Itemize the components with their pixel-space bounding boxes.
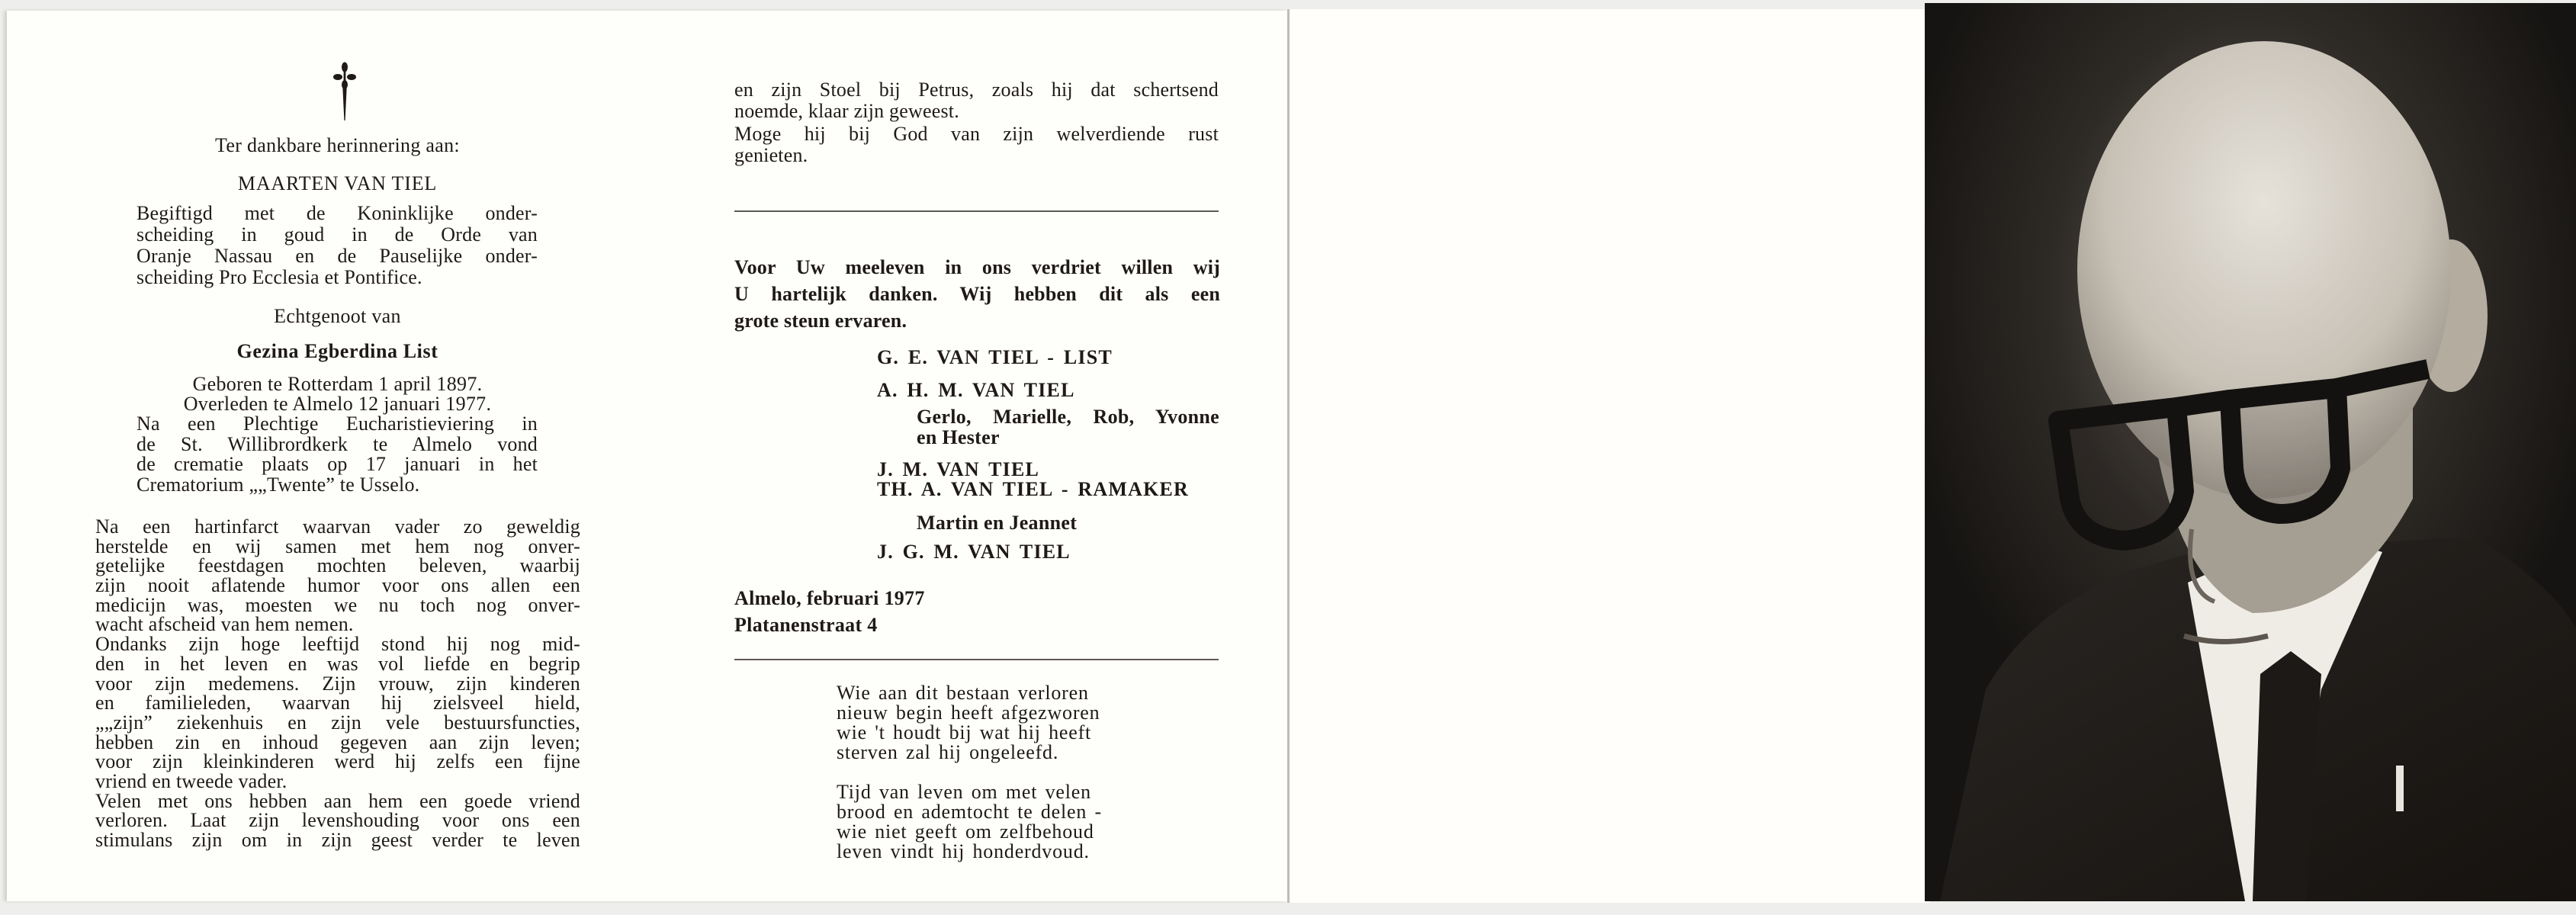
text-line: Ondanks zijn hoge leeftijd stond hij nog… [95,634,580,654]
card-back-panel [1287,9,1930,903]
cross-icon [333,61,356,120]
text-line: voor zijn kleinkinderen werd hij zelfs e… [95,752,580,772]
text-line: Velen met ons hebben aan hem een goede v… [95,791,580,811]
text-line: en zijn Stoel bij Petrus, zoals hij dat … [734,79,1219,101]
poem-line: Wie aan dit bestaan verloren [837,683,1089,703]
died-text: Overleden te Almelo 12 januari 1977. [137,394,538,414]
text-line: Oranje Nassau en de Pauselijke onder- [137,246,538,267]
family-member-name: A. H. M. VAN TIEL [877,380,1075,400]
text-line: wacht afscheid van hem nemen. [95,615,580,634]
family-member-name: G. E. VAN TIEL - LIST [877,348,1113,368]
spouse-name: Gezina Egberdina List [137,342,538,361]
poem-line: brood en ademtocht te delen - [837,802,1102,822]
text-line: Voor Uw meeleven in ons verdriet willen … [734,254,1220,281]
text-line: noemde, klaar zijn geweest. [734,101,1219,122]
poem-line: leven vindt hij honderdvoud. [837,842,1090,862]
text-line: hebben zin en inhoud gegeven aan zijn le… [95,733,580,753]
text-line: getelijke feestdagen mochten beleven, wa… [95,556,580,576]
divider-top [734,210,1219,212]
family-member-name: TH. A. VAN TIEL - RAMAKER [877,480,1189,499]
place-date: Almelo, februari 1977 [734,589,925,608]
grandchildren-names: Gerlo, Marielle, Rob, Yvonne [917,407,1219,427]
text-line: de crematie plaats op 17 januari in het [137,454,538,475]
text-line: Crematorium „„Twente” te Usselo. [137,475,538,496]
poem-line: wie niet geeft om zelfbehoud [837,822,1094,842]
deceased-name: MAARTEN VAN TIEL [137,174,538,194]
text-line: Begiftigd met de Koninklijke onder- [137,203,538,224]
text-line: zijn nooit aflatende humor voor ons alle… [95,576,580,596]
text-line: Moge hij bij God van zijn welverdiende r… [734,124,1219,145]
tribute-paragraph: Na een hartinfarct waarvan vader zo gewe… [95,517,580,850]
text-line: Na een hartinfarct waarvan vader zo gewe… [95,517,580,537]
portrait-photo [1925,3,2576,901]
wish-paragraph: Moge hij bij God van zijn welverdiende r… [734,124,1219,165]
poem-line: sterven zal hij ongeleefd. [837,743,1058,762]
tribute-continued: en zijn Stoel bij Petrus, zoals hij dat … [734,79,1219,121]
text-line: herstelde en wij samen met hem nog onver… [95,537,580,557]
text-line: en familieleden, waarvan hij zielsveel h… [95,693,580,713]
text-line: scheiding Pro Ecclesia et Pontifice. [137,267,538,288]
text-line: grote steun ervaren. [734,307,1220,334]
text-line: U hartelijk danken. Wij hebben dit als e… [734,281,1220,307]
grandchildren-names: Martin en Jeannet [917,513,1077,533]
text-line: genieten. [734,145,1219,166]
divider-bottom [734,659,1219,660]
text-line: voor zijn medemens. Zijn vrouw, zijn kin… [95,674,580,694]
intro-text: Ter dankbare herinnering aan: [137,136,538,156]
poem-line: nieuw begin heeft afgezworen [837,703,1100,723]
poem-line: wie 't houdt bij wat hij heeft [837,723,1091,743]
family-member-name: J. G. M. VAN TIEL [877,542,1071,562]
honours-paragraph: Begiftigd met de Koninklijke onder-schei… [137,203,538,288]
address: Platanenstraat 4 [734,615,878,635]
text-line: medicijn was, moesten we nu toch nog onv… [95,596,580,615]
poem-line: Tijd van leven om met velen [837,782,1091,802]
text-line: de St. Willibrordkerk te Almelo vond [137,435,538,455]
spouse-label: Echtgenoot van [137,307,538,326]
ceremony-paragraph: Na een Plechtige Eucharistieviering inde… [137,414,538,495]
text-line: den in het leven en was vol liefde en be… [95,654,580,674]
grandchildren-names: en Hester [917,428,1000,448]
text-line: stimulans zijn om in zijn geest verder t… [95,830,580,850]
text-line: Na een Plechtige Eucharistieviering in [137,414,538,435]
text-line: scheiding in goud in de Orde van [137,224,538,246]
born-text: Geboren te Rotterdam 1 april 1897. [137,374,538,394]
family-member-name: J. M. VAN TIEL [877,460,1039,480]
text-line: vriend en tweede vader. [95,772,580,791]
text-line: verloren. Laat zijn levenshouding voor o… [95,811,580,830]
thanks-paragraph: Voor Uw meeleven in ons verdriet willen … [734,254,1220,334]
text-line: „„zijn” ziekenhuis en zijn vele bestuurs… [95,713,580,733]
